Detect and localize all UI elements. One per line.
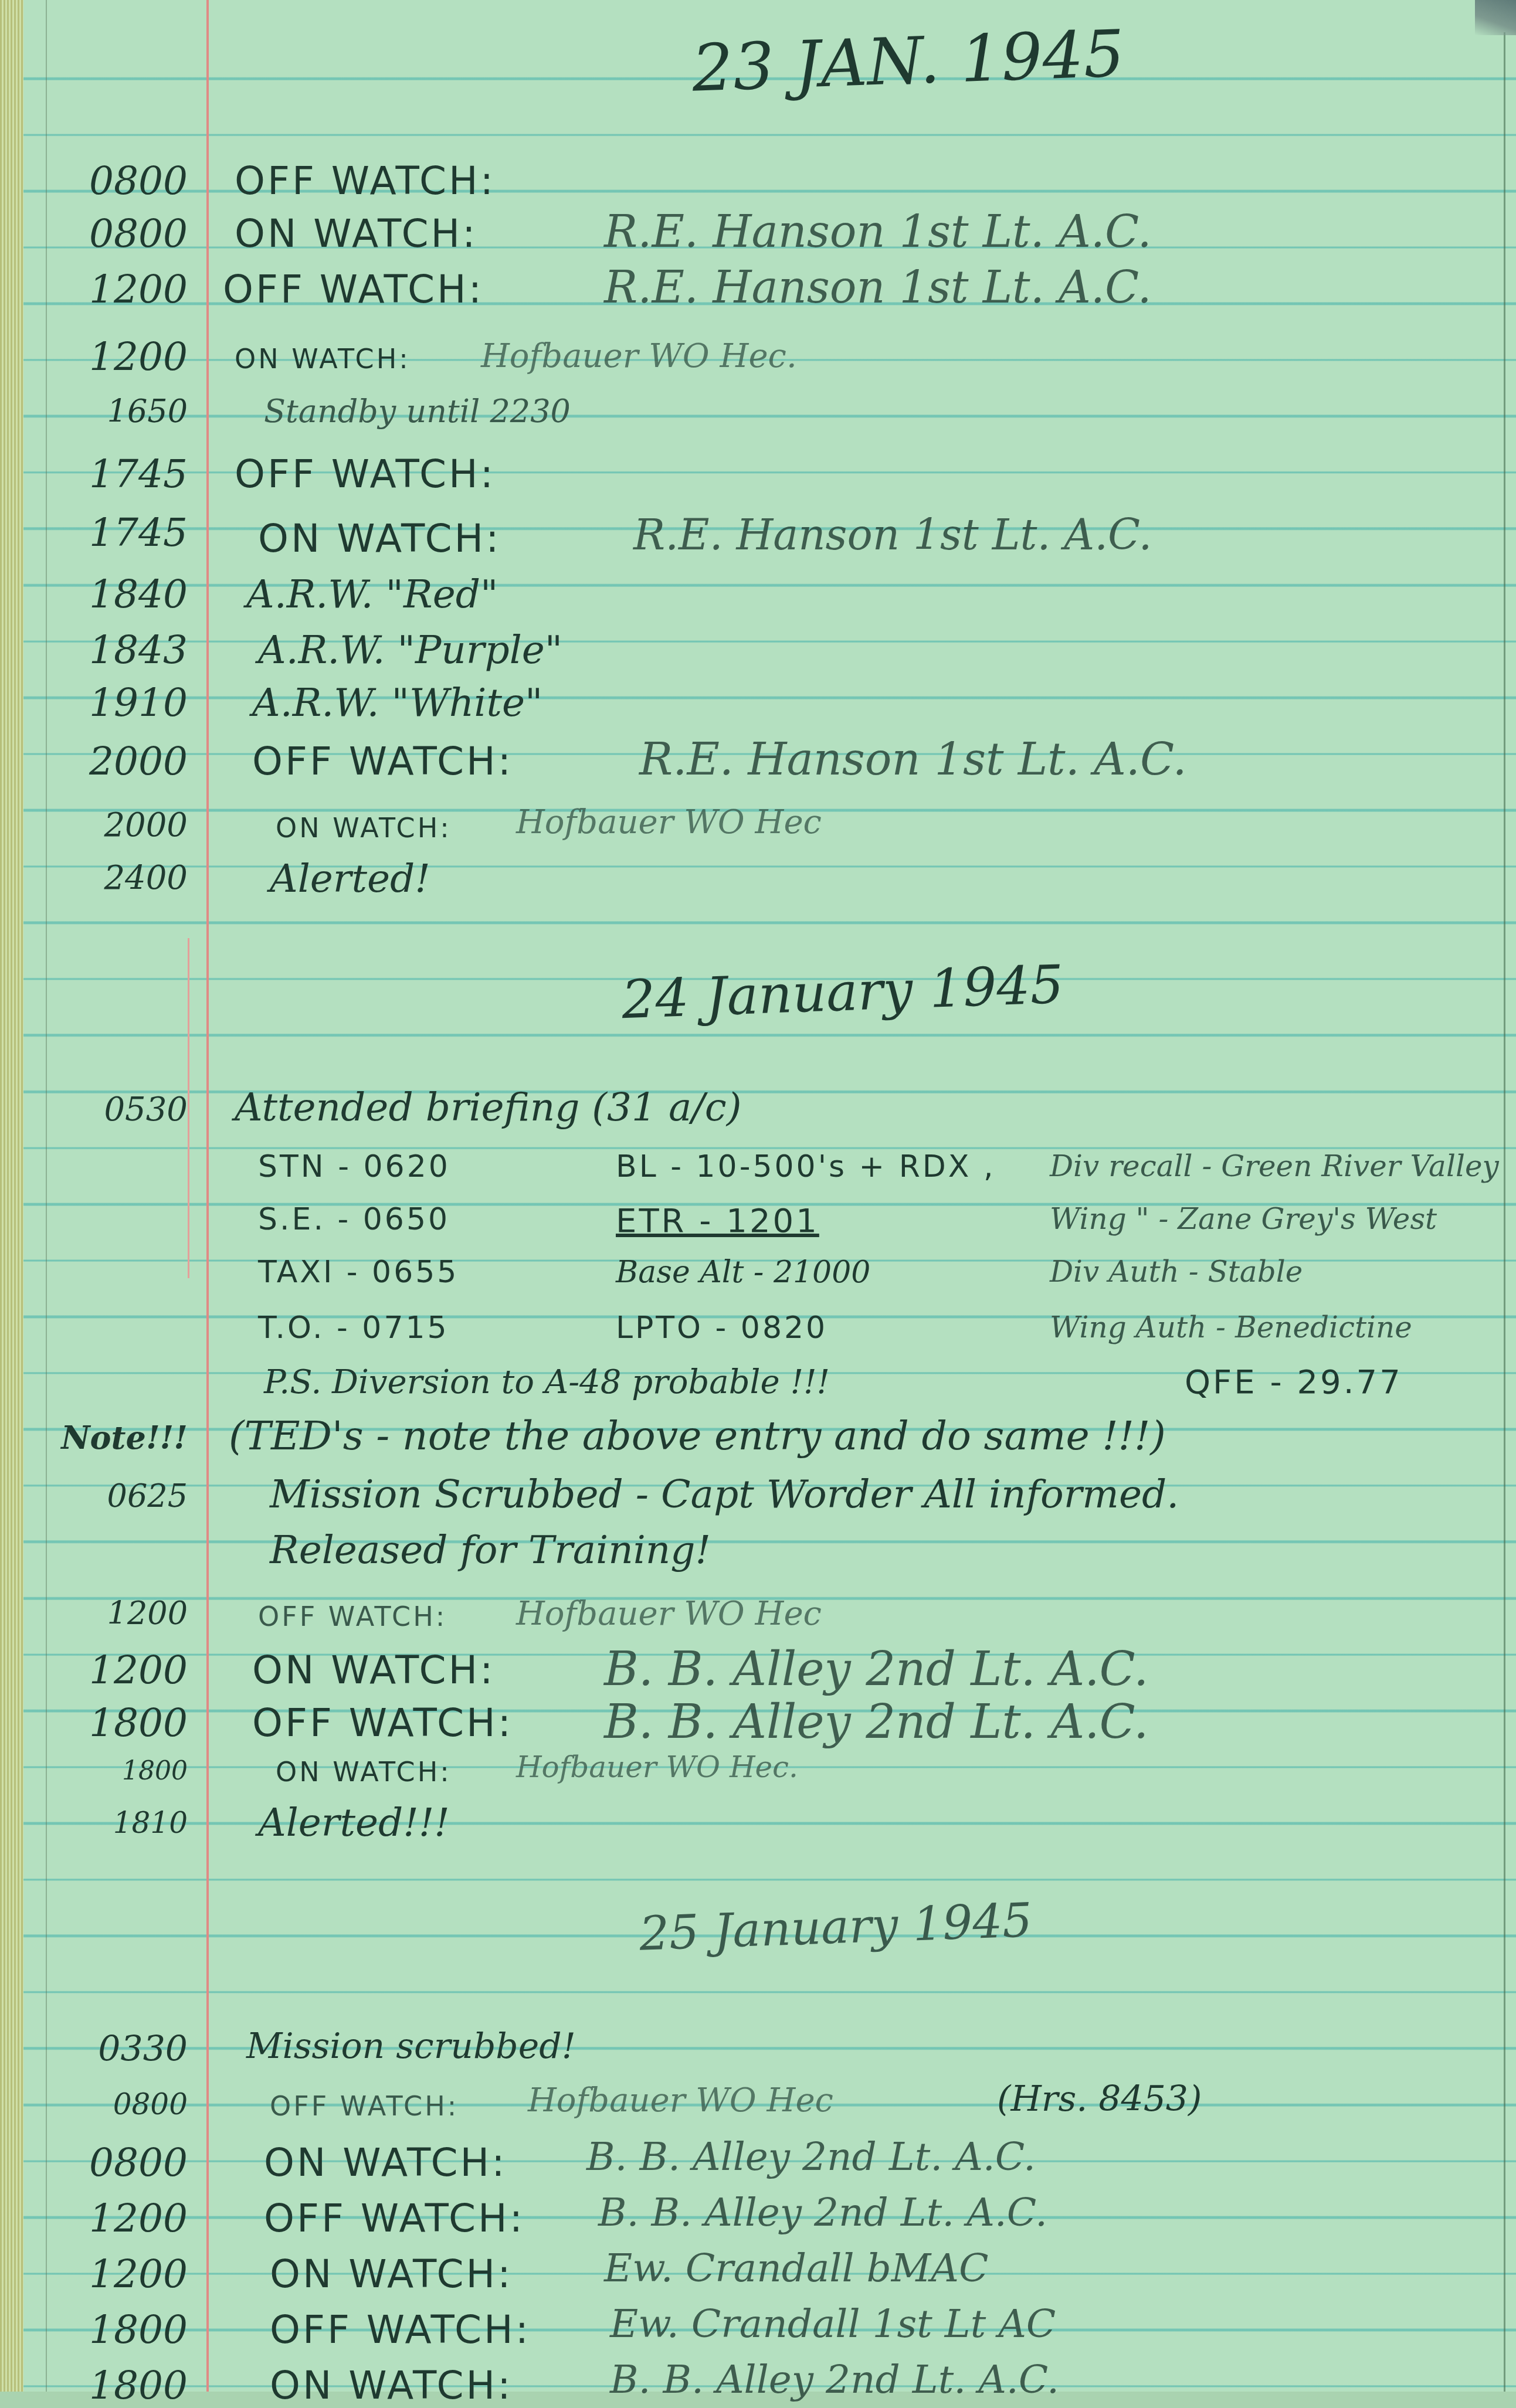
entry-text: OFF WATCH:	[258, 1601, 447, 1632]
signature: R.E. Hanson 1st Lt. A.C.	[604, 205, 1152, 257]
entry-text: ON WATCH:	[276, 812, 452, 844]
entry-time: 0330	[12, 2029, 188, 2070]
signature: R.E. Hanson 1st Lt. A.C.	[639, 733, 1187, 785]
entry-time: 1200	[12, 1648, 188, 1693]
signature: Hofbauer WO Hec	[528, 2081, 833, 2120]
date-heading-24-jan: 24 January 1945	[620, 954, 1064, 1031]
entry-time: 0800	[12, 158, 188, 203]
entry-text: ON WATCH:	[235, 211, 477, 256]
briefing-item: Wing " - Zane Grey's West	[1050, 1202, 1437, 1236]
entry-time: 1200	[12, 2251, 188, 2297]
entry-time: 1200	[12, 334, 188, 379]
briefing-item: T.O. - 0715	[258, 1310, 449, 1346]
entry-text: Alerted!!!	[258, 1800, 450, 1845]
note-label: Note!!!	[12, 1419, 188, 1456]
entry-text: Released for Training!	[270, 1527, 711, 1572]
entry-time: 1200	[12, 1595, 188, 1632]
entry-time: 1800	[12, 1756, 188, 1786]
entry-time: 1745	[12, 510, 188, 555]
signature: B. B. Alley 2nd Lt. A.C.	[598, 2190, 1047, 2235]
entry-time: 1745	[12, 451, 188, 497]
entry-time: 1800	[12, 2363, 188, 2392]
entry-text: (TED's - note the above entry and do sam…	[229, 1413, 1166, 1459]
entry-time: 0530	[12, 1091, 188, 1129]
signature: B. B. Alley 2nd Lt. A.C.	[586, 2134, 1036, 2179]
entry-time: 0625	[12, 1478, 188, 1514]
briefing-ps: P.S. Diversion to A-48 probable !!!	[264, 1363, 830, 1401]
signature: R.E. Hanson 1st Lt. A.C.	[633, 510, 1152, 559]
entry-text: A.R.W. "Purple"	[258, 627, 562, 673]
entry-text: Mission Scrubbed - Capt Worder All infor…	[270, 1472, 1179, 1517]
entry-time: 2400	[12, 859, 188, 897]
entry-time: 1800	[12, 2307, 188, 2352]
entry-text: Alerted!	[270, 856, 430, 901]
signature: R.E. Hanson 1st Lt. A.C.	[604, 261, 1152, 313]
entry-text: OFF WATCH:	[252, 1700, 513, 1745]
entry-text: OFF WATCH:	[223, 267, 484, 312]
page-corner-shadow	[1475, 0, 1516, 35]
hours-note: (Hrs. 8453)	[997, 2078, 1202, 2120]
entry-text: ON WATCH:	[270, 2363, 513, 2392]
entry-text: OFF WATCH:	[235, 451, 496, 497]
entry-time: 1800	[12, 1700, 188, 1745]
entry-time: 1200	[12, 267, 188, 312]
entry-text: OFF WATCH:	[270, 2090, 459, 2122]
entry-text: ON WATCH:	[264, 2140, 507, 2185]
briefing-item: STN - 0620	[258, 1149, 450, 1184]
signature: B. B. Alley 2nd Lt. A.C.	[610, 2357, 1059, 2392]
signature: B. B. Alley 2nd Lt. A.C.	[604, 1642, 1148, 1696]
entry-text: ON WATCH:	[270, 2251, 513, 2297]
secondary-margin-line	[188, 938, 189, 1278]
entry-time: 1843	[12, 627, 188, 673]
page-right-edge	[1504, 32, 1505, 2392]
briefing-item: LPTO - 0820	[616, 1310, 827, 1346]
signature: Ew. Crandall 1st Lt AC	[610, 2301, 1056, 2346]
entry-text: ON WATCH:	[235, 343, 411, 375]
entry-time: 0800	[12, 2087, 188, 2121]
signature: Hofbauer WO Hec.	[481, 337, 797, 375]
entry-text: Standby until 2230	[264, 393, 571, 430]
briefing-item-etr: ETR - 1201	[616, 1202, 819, 1240]
red-margin-line	[206, 0, 209, 2392]
briefing-qfe: QFE - 29.77	[1185, 1363, 1403, 1401]
entry-time: 1650	[12, 393, 188, 430]
entry-text: ON WATCH:	[252, 1648, 495, 1693]
logbook-page: 23 JAN. 1945 0800 OFF WATCH: 0800 ON WAT…	[0, 0, 1516, 2392]
entry-time: 1910	[12, 680, 188, 725]
entry-text: ON WATCH:	[276, 1756, 452, 1788]
entry-time: 2000	[12, 806, 188, 844]
signature: Hofbauer WO Hec	[516, 803, 822, 841]
entry-time: 0800	[12, 211, 188, 256]
entry-time: 1810	[12, 1806, 188, 1840]
entry-time: 2000	[12, 739, 188, 784]
briefing-item: Div Auth - Stable	[1050, 1255, 1303, 1289]
entry-text: ON WATCH:	[258, 516, 501, 561]
entry-time: 1200	[12, 2196, 188, 2241]
entry-text: OFF WATCH:	[270, 2307, 531, 2352]
entry-time: 1840	[12, 572, 188, 617]
briefing-item: Div recall - Green River Valley	[1050, 1149, 1499, 1183]
entry-text: OFF WATCH:	[252, 739, 513, 784]
briefing-item: S.E. - 0650	[258, 1202, 450, 1237]
briefing-item: Wing Auth - Benedictine	[1050, 1310, 1412, 1344]
entry-text: A.R.W. "Red"	[246, 572, 498, 617]
signature: Hofbauer WO Hec	[516, 1595, 822, 1633]
signature: Ew. Crandall bMAC	[604, 2246, 989, 2291]
entry-text: A.R.W. "White"	[252, 680, 542, 725]
briefing-item: Base Alt - 21000	[616, 1255, 870, 1290]
date-heading-25-jan: 25 January 1945	[639, 1893, 1033, 1961]
briefing-item: BL - 10-500's + RDX ,	[616, 1149, 996, 1184]
signature: Hofbauer WO Hec.	[516, 1750, 798, 1784]
entry-time: 0800	[12, 2140, 188, 2185]
date-heading-23-jan: 23 JAN. 1945	[691, 16, 1126, 106]
entry-text: Attended briefing (31 a/c)	[235, 1085, 741, 1130]
signature: B. B. Alley 2nd Lt. A.C.	[604, 1694, 1148, 1749]
briefing-item: TAXI - 0655	[258, 1255, 459, 1290]
entry-text: OFF WATCH:	[264, 2196, 525, 2241]
entry-text: Mission scrubbed!	[246, 2026, 576, 2067]
entry-text: OFF WATCH:	[235, 158, 496, 203]
